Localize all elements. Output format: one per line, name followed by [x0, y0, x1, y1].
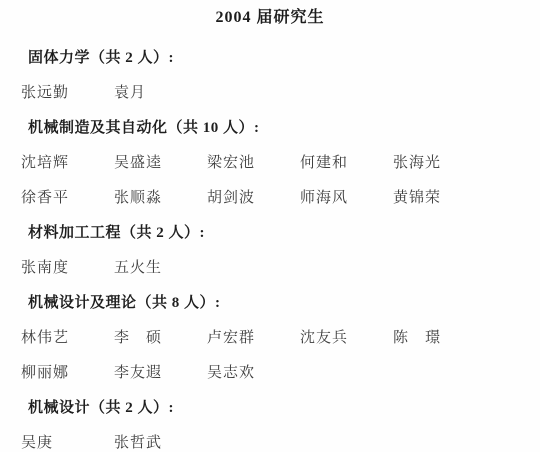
student-name: 徐香平	[21, 190, 114, 206]
student-name: 黄锦荣	[393, 190, 486, 206]
document-page: 2004 届研究生 固体力学（共 2 人）:张远勤袁月机械制造及其自动化（共 1…	[0, 0, 540, 452]
student-name: 五火生	[114, 260, 207, 276]
name-row: 徐香平张顺淼胡剑波师海风黄锦荣	[0, 190, 540, 206]
student-name: 张远勤	[21, 85, 114, 101]
name-row: 张南度五火生	[0, 260, 540, 276]
student-name: 张顺淼	[114, 190, 207, 206]
student-name: 柳丽娜	[21, 365, 114, 381]
section-header: 机械设计（共 2 人）:	[0, 400, 540, 416]
student-name: 胡剑波	[207, 190, 300, 206]
student-name: 吴志欢	[207, 365, 300, 381]
section-header: 机械设计及理论（共 8 人）:	[0, 295, 540, 311]
sections-container: 固体力学（共 2 人）:张远勤袁月机械制造及其自动化（共 10 人）:沈培辉吴盛…	[0, 50, 540, 451]
section-header: 固体力学（共 2 人）:	[0, 50, 540, 66]
student-name: 李 硕	[114, 330, 207, 346]
student-name: 袁月	[114, 85, 207, 101]
student-name: 吴盛逵	[114, 155, 207, 171]
student-name: 卢宏群	[207, 330, 300, 346]
student-name: 梁宏池	[207, 155, 300, 171]
student-name: 张哲武	[114, 435, 207, 451]
student-name: 林伟艺	[21, 330, 114, 346]
name-row: 林伟艺李 硕卢宏群沈友兵陈 璟	[0, 330, 540, 346]
student-name: 张南度	[21, 260, 114, 276]
student-name: 师海风	[300, 190, 393, 206]
page-title: 2004 届研究生	[0, 0, 540, 26]
student-name: 张海光	[393, 155, 486, 171]
student-name: 陈 璟	[393, 330, 486, 346]
name-row: 张远勤袁月	[0, 85, 540, 101]
student-name: 李友遐	[114, 365, 207, 381]
name-row: 吴庚张哲武	[0, 435, 540, 451]
section-header: 材料加工工程（共 2 人）:	[0, 225, 540, 241]
section-header: 机械制造及其自动化（共 10 人）:	[0, 120, 540, 136]
student-name: 沈友兵	[300, 330, 393, 346]
name-row: 柳丽娜李友遐吴志欢	[0, 365, 540, 381]
student-name: 吴庚	[21, 435, 114, 451]
name-row: 沈培辉吴盛逵梁宏池何建和张海光	[0, 155, 540, 171]
student-name: 何建和	[300, 155, 393, 171]
student-name: 沈培辉	[21, 155, 114, 171]
